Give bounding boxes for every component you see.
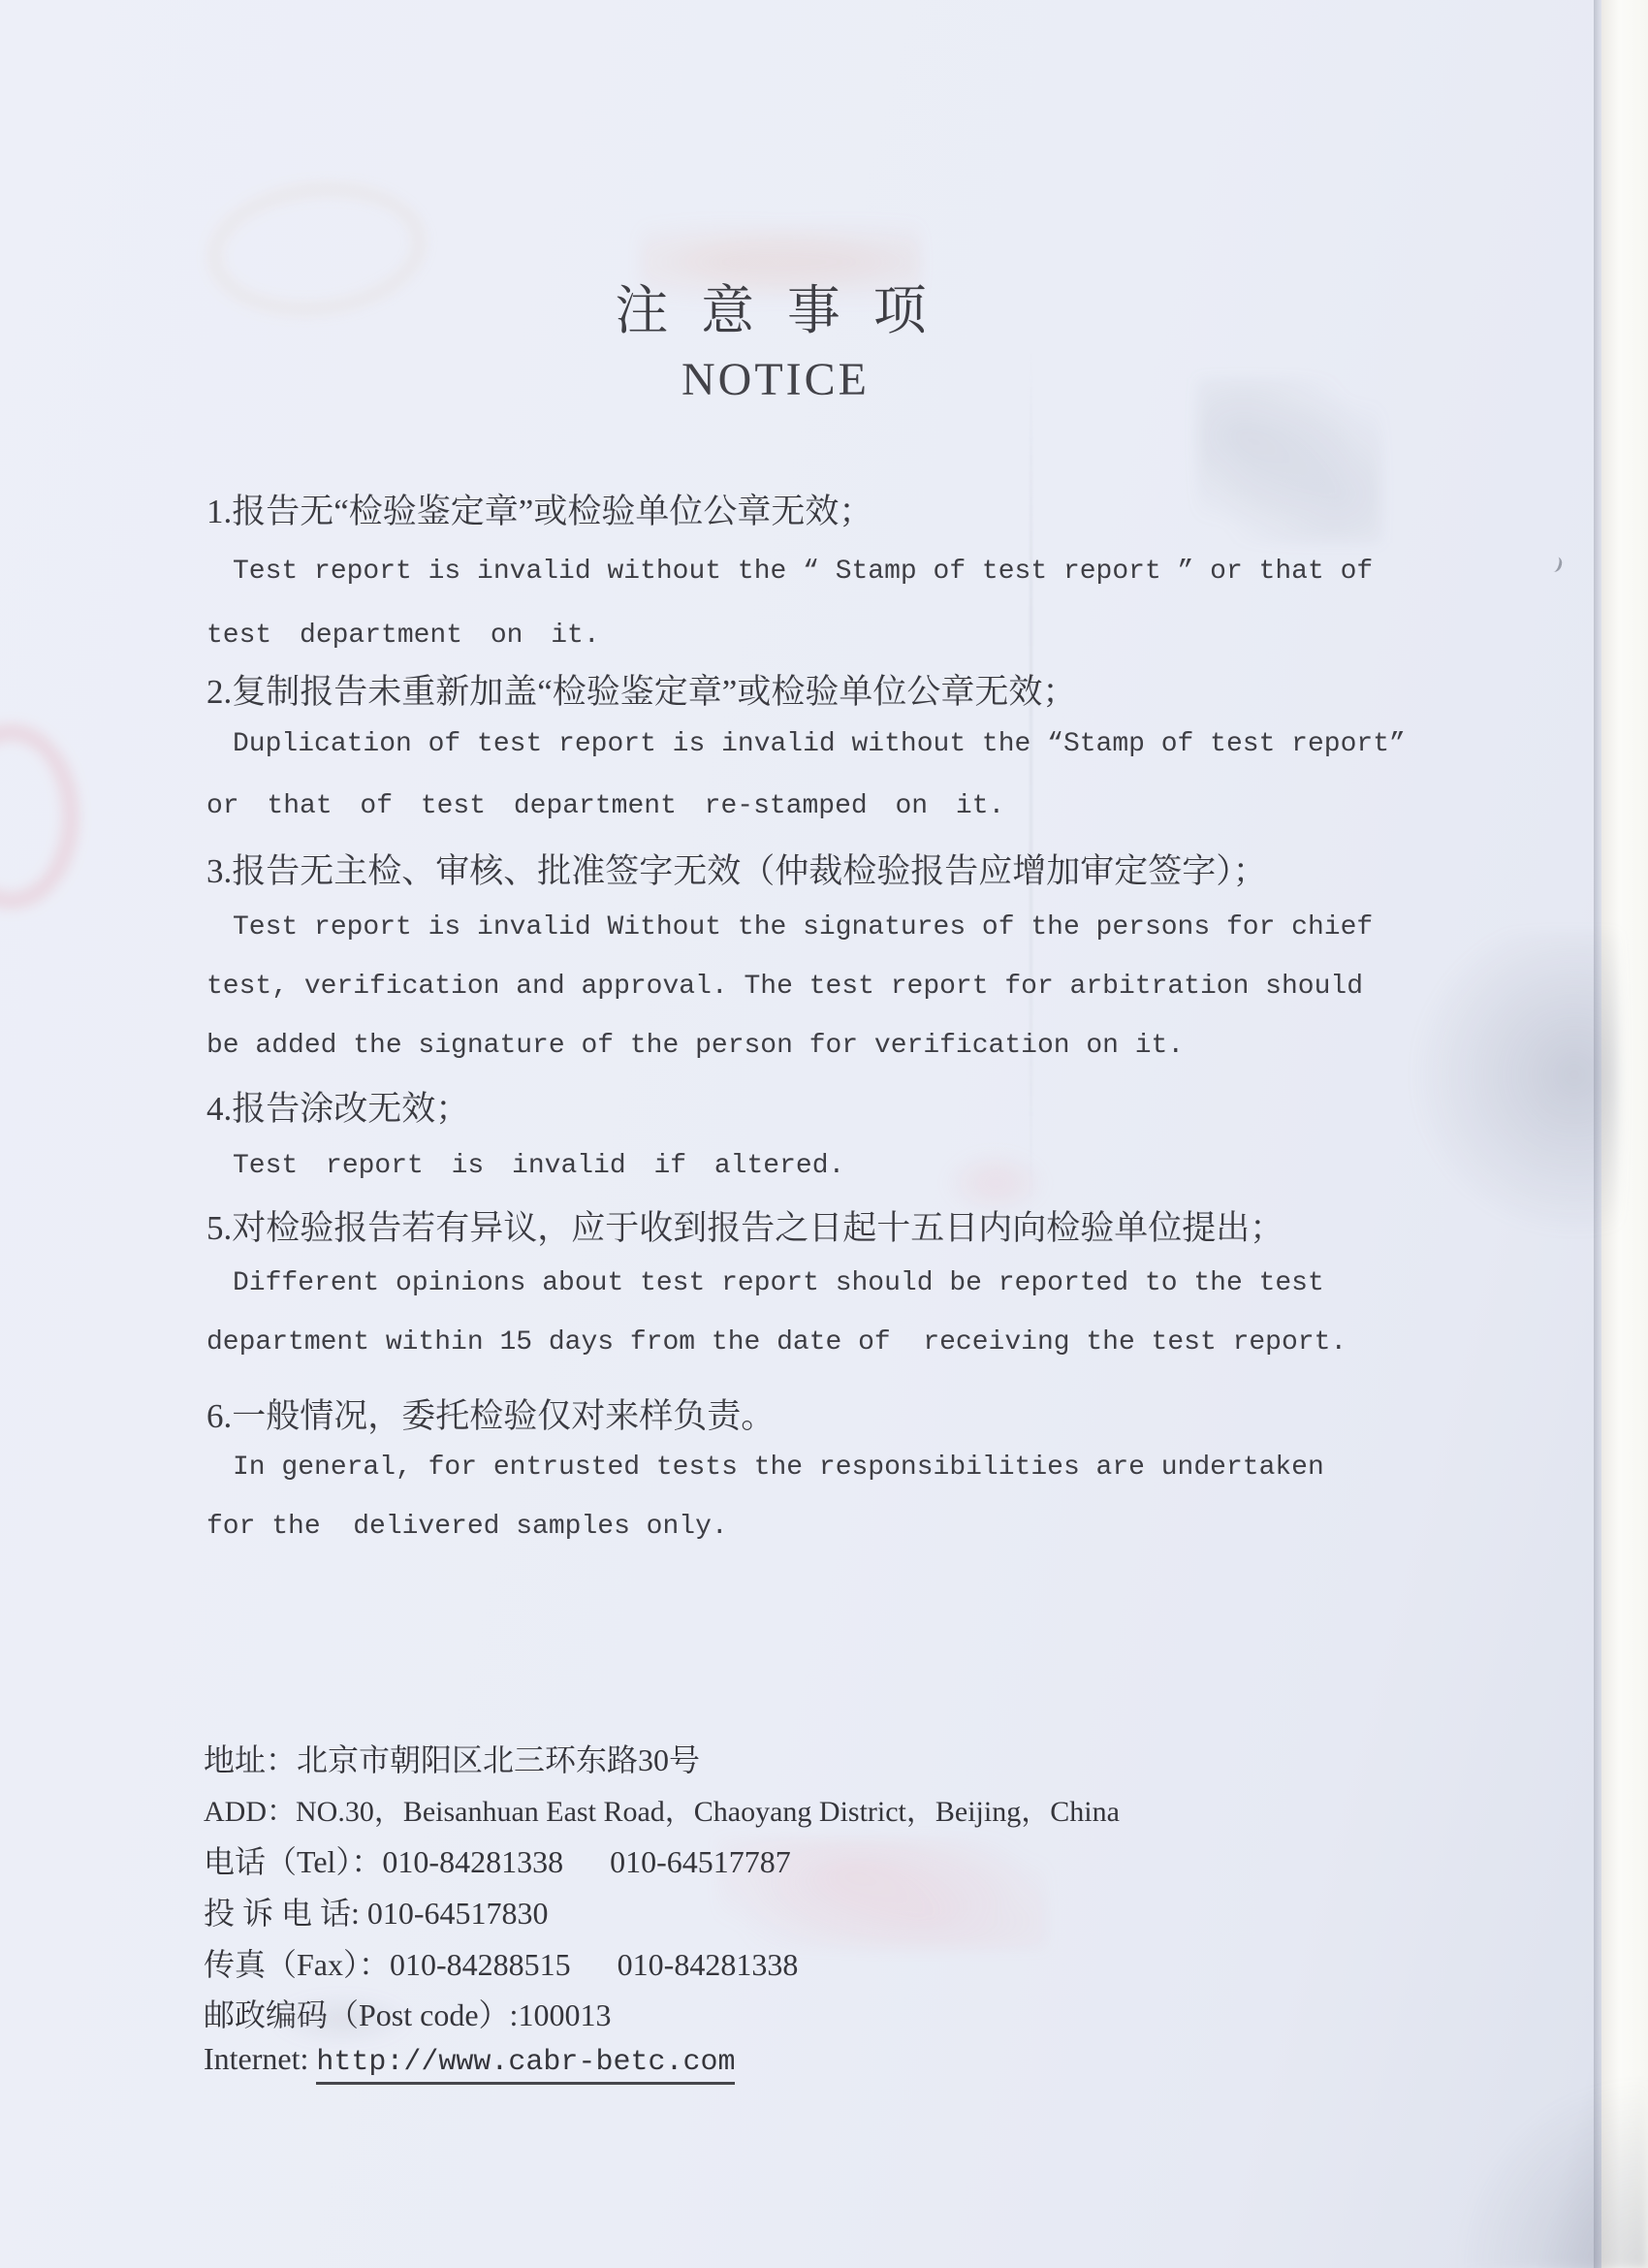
notice-item-6-zh: 6.一般情况，委托检验仅对来样负责。 <box>206 1390 775 1438</box>
paper-wrinkle-shadow <box>1396 931 1619 1251</box>
page-title-chinese: 注 意 事 项 <box>0 268 1551 344</box>
notice-item-1-zh: 1.报告无“检验鉴定章”或检验单位公章无效； <box>206 485 872 533</box>
notice-item-3-zh: 3.报告无主检、审核、批准签字无效（仲裁检验报告应增加审定签字）； <box>206 845 1267 893</box>
website-url: http://www.cabr-betc.com <box>316 2046 735 2085</box>
notice-item-5-en-line-2: department within 15 days from the date … <box>206 1327 1347 1358</box>
notice-item-5-zh: 5.对检验报告若有异议，应于收到报告之日起十五日内向检验单位提出； <box>206 1201 1284 1250</box>
notice-item-5-en-line-1: Different opinions about test report sho… <box>233 1268 1324 1298</box>
notice-item-2-en-line-1: Duplication of test report is invalid wi… <box>233 729 1406 759</box>
contact-internet: Internet: http://www.cabr-betc.com <box>204 2041 735 2079</box>
contact-post-code: 邮政编码（Post code）:100013 <box>204 1991 611 2035</box>
contact-fax: 传真（Fax）：010-84288515 010-84281338 <box>204 1940 798 1985</box>
notice-item-1-en-line-1: Test report is invalid without the “ Sta… <box>233 557 1373 587</box>
internet-label: Internet: <box>204 2041 316 2076</box>
notice-item-3-en-line-2: test, verification and approval. The tes… <box>206 972 1363 1002</box>
notice-item-4-en-line-1: Test report is invalid if altered. <box>233 1151 844 1181</box>
contact-telephone: 电话（Tel）：010-84281338 010-64517787 <box>204 1837 791 1882</box>
corner-curl-shadow <box>1454 2075 1648 2268</box>
paper-crease <box>1030 349 1032 1222</box>
notice-item-6-en-line-1: In general, for entrusted tests the resp… <box>233 1453 1324 1483</box>
contact-address-en: ADD：NO.30，Beisanhuan East Road，Chaoyang … <box>204 1787 1120 1830</box>
page-title-english: NOTICE <box>0 353 1551 406</box>
notice-item-3-en-line-1: Test report is invalid Without the signa… <box>233 912 1373 942</box>
notice-item-3-en-line-3: be added the signature of the person for… <box>206 1031 1184 1061</box>
contact-address-zh: 地址：北京市朝阳区北三环东路30号 <box>204 1736 700 1780</box>
scanned-notice-page: 注 意 事 项 NOTICE 1.报告无“检验鉴定章”或检验单位公章无效； Te… <box>0 0 1648 2268</box>
notice-item-1-en-line-2: test department on it. <box>206 621 600 651</box>
notice-item-4-zh: 4.报告涂改无效； <box>206 1082 469 1131</box>
notice-item-2-zh: 2.复制报告未重新加盖“检验鉴定章”或检验单位公章无效； <box>206 665 1076 714</box>
notice-item-2-en-line-2: or that of test department re-stamped on… <box>206 791 1004 821</box>
contact-complaint-telephone: 投 诉 电 话: 010-64517830 <box>204 1889 549 1933</box>
notice-item-6-en-line-2: for the delivered samples only. <box>206 1512 728 1542</box>
